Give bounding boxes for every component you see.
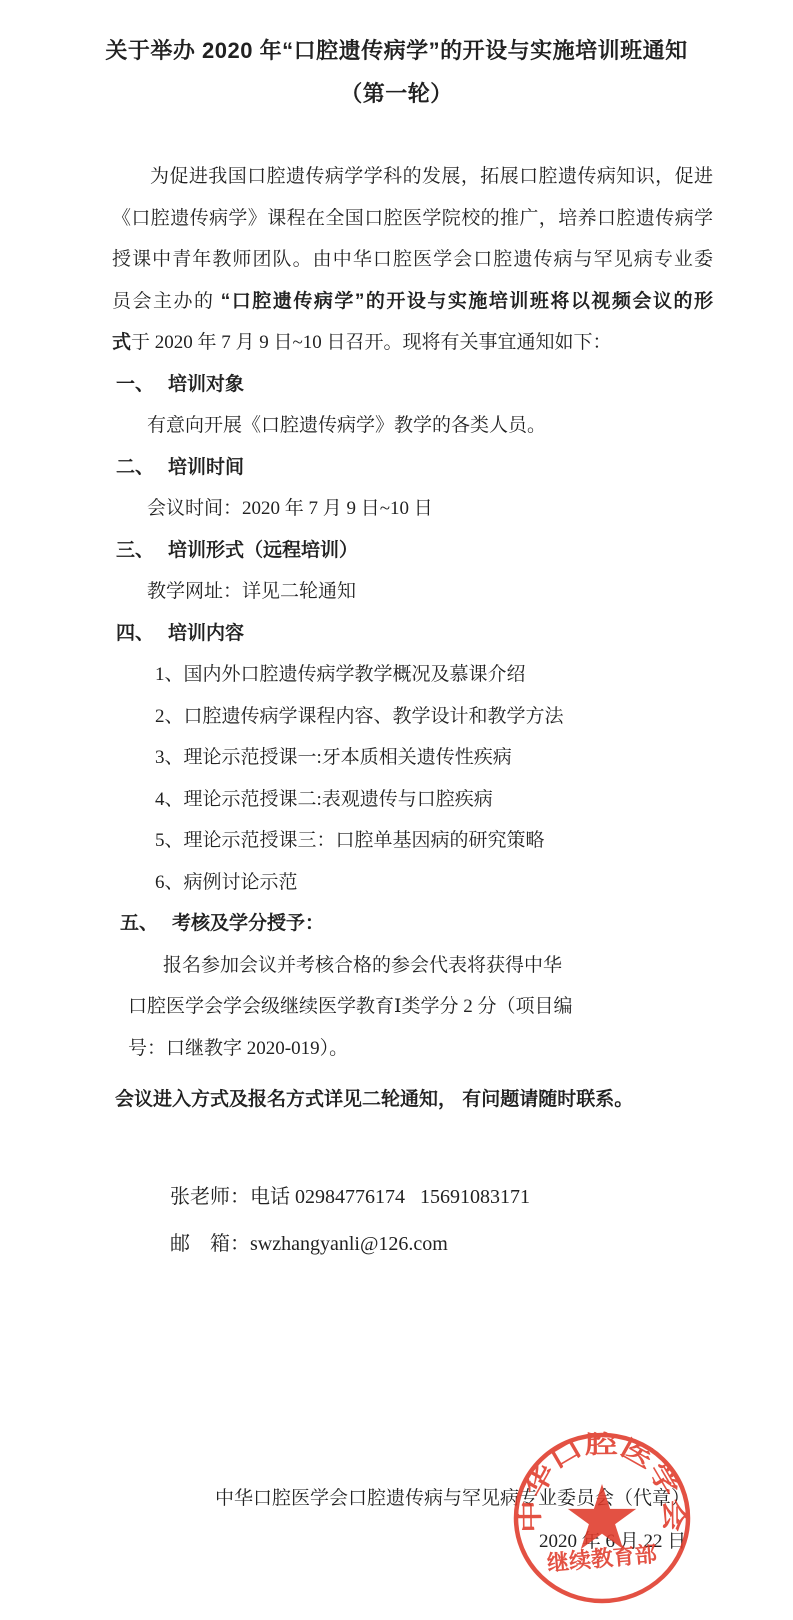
section-5-heading: 五、考核及学分授予：	[112, 903, 713, 945]
intro-line-1: 为促进我国口腔遗传病学学科的发展，拓展口腔遗传病知识，促进	[112, 156, 713, 198]
section-3-title: 培训形式（远程培训）	[168, 540, 358, 561]
intro-line-4: 员会主办的 “口腔遗传病学”的开设与实施培训班将以视频会议的形	[112, 281, 713, 323]
title-block: 关于举办 2020 年“口腔遗传病学”的开设与实施培训班通知 （第一轮）	[0, 36, 793, 109]
section-1-content: 有意向开展《口腔遗传病学》教学的各类人员。	[112, 405, 713, 447]
document-title: 关于举办 2020 年“口腔遗传病学”的开设与实施培训班通知	[0, 36, 793, 66]
section-3-number: 三、	[116, 530, 168, 572]
section-4-heading: 四、培训内容	[112, 613, 713, 655]
intro-line-4-bold: “口腔遗传病学”的开设与实施培训班将以视频会议的形	[221, 291, 713, 312]
section-1-number: 一、	[116, 364, 168, 406]
credit-line-2: 口腔医学会学会级继续医学教育Ⅰ类学分 2 分（项目编	[112, 986, 713, 1028]
section-3-heading: 三、培训形式（远程培训）	[112, 530, 713, 572]
section-4-title: 培训内容	[168, 623, 244, 644]
official-stamp-seal: 中华口腔医学会 继续教育部	[511, 1430, 693, 1606]
intro-line-3: 授课中青年教师团队。由中华口腔医学会口腔遗传病与罕见病专业委	[112, 239, 713, 281]
section-5-title: 考核及学分授予：	[172, 913, 324, 934]
intro-line-2: 《口腔遗传病学》课程在全国口腔医学院校的推广，培养口腔遗传病学	[112, 198, 713, 240]
document-body: 为促进我国口腔遗传病学学科的发展，拓展口腔遗传病知识，促进 《口腔遗传病学》课程…	[112, 156, 713, 1069]
section-1-title: 培训对象	[168, 374, 244, 395]
training-item-5: 5、理论示范授课三：口腔单基因病的研究策略	[112, 820, 713, 862]
intro-line-5-regular: 于 2020 年 7 月 9 日~10 日召开。现将有关事宜通知如下：	[131, 332, 612, 353]
contact-block: 张老师：电话 02984776174 15691083171 邮 箱：swzha…	[170, 1176, 530, 1265]
contact-phone: 张老师：电话 02984776174 15691083171	[170, 1176, 530, 1218]
training-item-6: 6、病例讨论示范	[112, 862, 713, 904]
training-item-1: 1、国内外口腔遗传病学教学概况及慕课介绍	[112, 654, 713, 696]
star-icon	[568, 1484, 636, 1549]
document-subtitle: （第一轮）	[0, 79, 793, 109]
section-2-content: 会议时间：2020 年 7 月 9 日~10 日	[112, 488, 713, 530]
document-page: 关于举办 2020 年“口腔遗传病学”的开设与实施培训班通知 （第一轮） 为促进…	[0, 0, 793, 1620]
section-2-title: 培训时间	[168, 457, 244, 478]
credit-line-1: 报名参加会议并考核合格的参会代表将获得中华	[112, 945, 713, 987]
section-2-heading: 二、培训时间	[112, 447, 713, 489]
intro-line-5: 式于 2020 年 7 月 9 日~10 日召开。现将有关事宜通知如下：	[112, 322, 713, 364]
intro-line-5-bold: 式	[112, 332, 131, 353]
training-item-2: 2、口腔遗传病学课程内容、教学设计和教学方法	[112, 696, 713, 738]
section-3-content: 教学网址：详见二轮通知	[112, 571, 713, 613]
section-4-number: 四、	[116, 613, 168, 655]
contact-email: 邮 箱：swzhangyanli@126.com	[170, 1223, 530, 1265]
training-item-4: 4、理论示范授课二:表观遗传与口腔疾病	[112, 779, 713, 821]
section-5-number: 五、	[120, 903, 172, 945]
training-item-3: 3、理论示范授课一:牙本质相关遗传性疾病	[112, 737, 713, 779]
section-2-number: 二、	[116, 447, 168, 489]
intro-line-4-regular: 员会主办的	[112, 291, 221, 312]
credit-line-3: 号：口继教字 2020-019）。	[112, 1028, 713, 1070]
section-1-heading: 一、培训对象	[112, 364, 713, 406]
registration-notice: 会议进入方式及报名方式详见二轮通知， 有问题请随时联系。	[115, 1079, 633, 1121]
stamp-bottom-text: 继续教育部	[546, 1541, 658, 1575]
